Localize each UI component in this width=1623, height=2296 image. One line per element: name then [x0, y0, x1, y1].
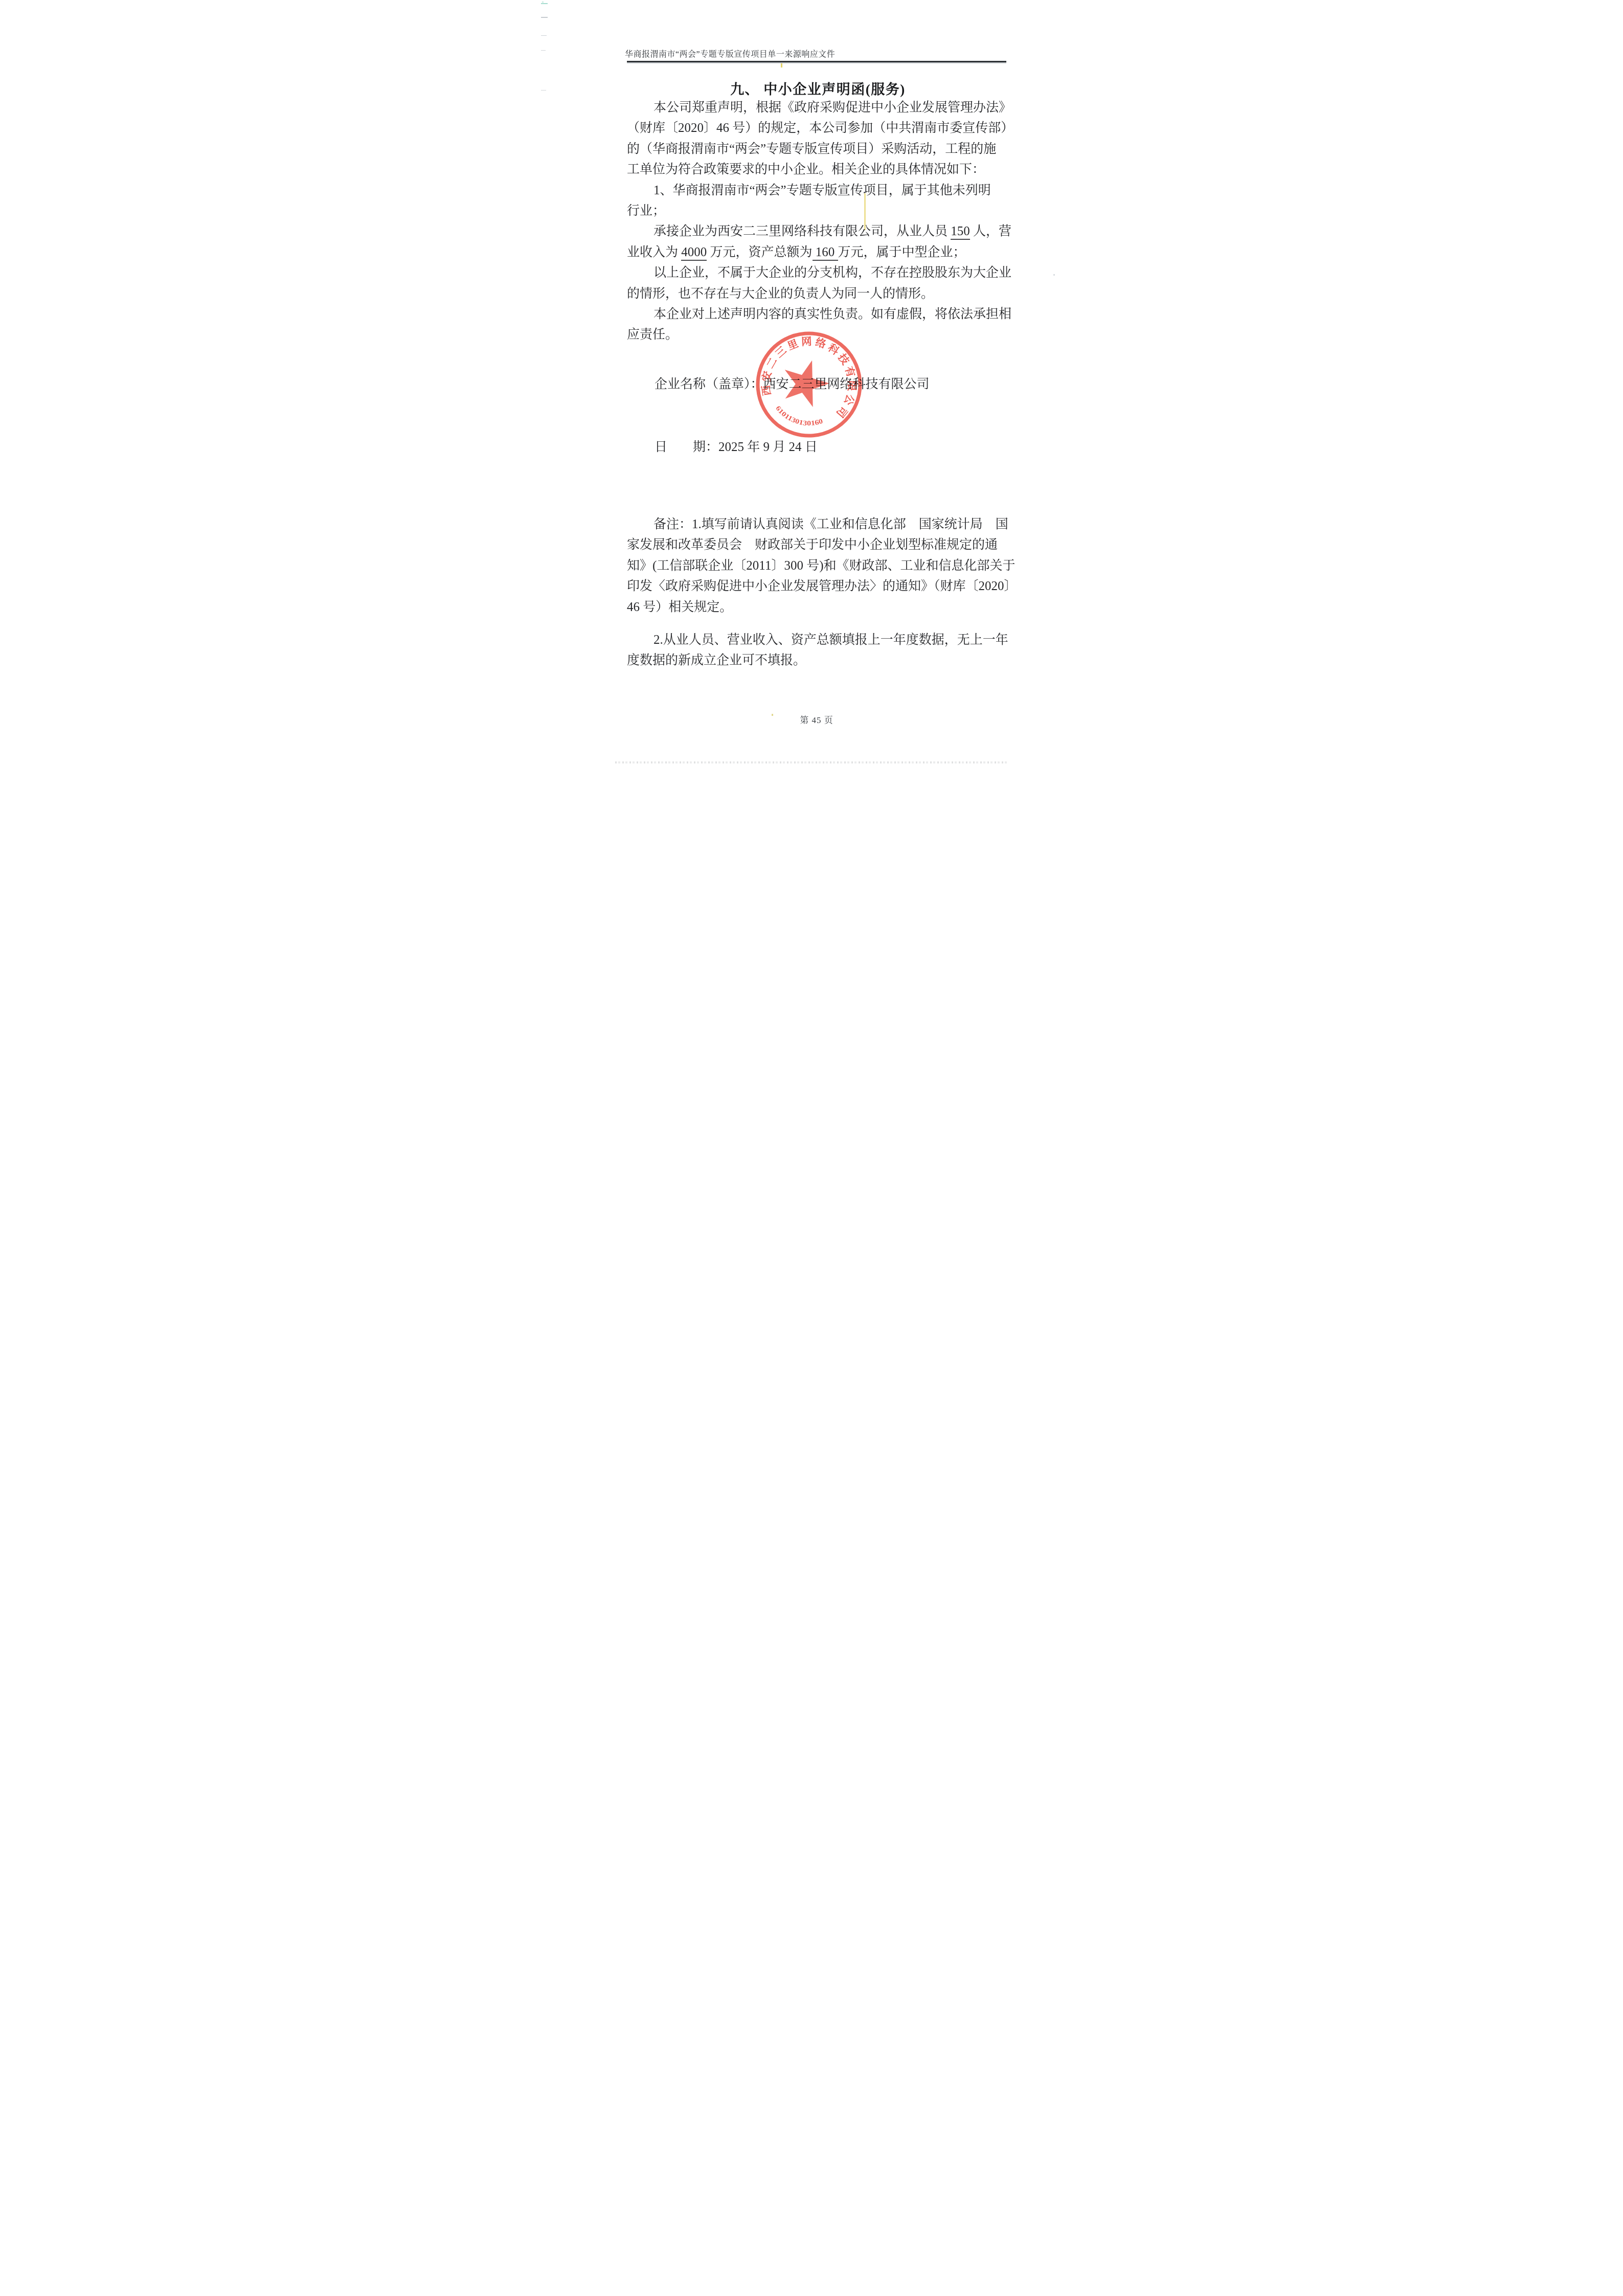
text-segment: 本公司郑重声明，根据《政府采购促进中小企业发展管理办法》	[653, 101, 1011, 115]
text-segment: 承接企业为西安二三里网络科技有限公司，从业人员	[653, 224, 951, 238]
underlined-value: 160	[813, 245, 838, 261]
text-line: 工单位为符合政策要求的中小企业。相关企业的具体情况如下：	[627, 160, 1026, 180]
text-line: 印发〈政府采购促进中小企业发展管理办法〉的通知》（财库〔2020〕	[627, 576, 1026, 597]
text-segment: 应责任。	[627, 328, 678, 342]
text-line: 本公司郑重声明，根据《政府采购促进中小企业发展管理办法》	[627, 98, 1026, 118]
text-segment: 家发展和改革委员会 财政部关于印发中小企业划型标准规定的通	[627, 538, 998, 552]
text-line: 承接企业为西安二三里网络科技有限公司，从业人员 150 人，营	[627, 221, 1026, 242]
text-segment: 工单位为符合政策要求的中小企业。相关企业的具体情况如下：	[627, 163, 985, 176]
text-segment: 万元，资产总额为	[707, 245, 812, 259]
text-line: 行业；	[627, 201, 1026, 221]
text-line: 备注：1.填写前请认真阅读《工业和信息化部 国家统计局 国	[627, 514, 1026, 535]
section-title: 九、 中小企业声明函(服务)	[627, 78, 1009, 98]
text-segment: 备注：1.填写前请认真阅读《工业和信息化部 国家统计局 国	[653, 517, 1008, 531]
scan-artifact-yellow-speck	[781, 63, 782, 67]
scan-artifact-edge-dash	[541, 35, 547, 36]
text-segment: 本企业对上述声明内容的真实性负责。如有虚假，将依法承担相	[653, 307, 1011, 321]
company-seal: 西安二三里网络科技有限公司 6101130130160	[753, 328, 865, 441]
text-segment: 人，营	[970, 224, 1011, 238]
scan-artifact-speck	[1053, 274, 1055, 276]
notes-block-2: 2.从业人员、营业收入、资产总额填报上一年度数据，无上一年度数据的新成立企业可不…	[627, 630, 1026, 671]
text-line: 的情形，也不存在与大企业的负责人为同一人的情形。	[627, 284, 1026, 304]
underlined-value: 4000	[681, 245, 707, 261]
declaration-body: 本公司郑重声明，根据《政府采购促进中小企业发展管理办法》（财库〔2020〕46 …	[627, 98, 1026, 346]
scan-artifact-bottom-noise	[615, 761, 1009, 763]
text-segment: 度数据的新成立企业可不填报。	[627, 654, 806, 667]
seal-star	[777, 353, 835, 410]
text-segment: 2.从业人员、营业收入、资产总额填报上一年度数据，无上一年	[653, 633, 1008, 647]
text-segment: 46 号）相关规定。	[627, 600, 732, 614]
text-line: 46 号）相关规定。	[627, 597, 1026, 618]
scan-artifact-edge-dash	[541, 90, 546, 91]
text-line: 家发展和改革委员会 财政部关于印发中小企业划型标准规定的通	[627, 535, 1026, 555]
document-header: 华商报渭南市“两会”专题专版宣传项目单一来源响应文件	[625, 49, 835, 60]
text-segment: 1、华商报渭南市“两会”专题专版宣传项目，属于其他未列明	[653, 184, 991, 197]
underlined-value: 150	[951, 224, 970, 240]
text-segment: （财库〔2020〕46 号）的规定，本公司参加（中共渭南市委宣传部）	[627, 121, 1013, 135]
text-line: 业收入为 4000 万元，资产总额为 160 万元，属于中型企业；	[627, 242, 1026, 263]
text-segment: 的（华商报渭南市“两会”专题专版宣传项目）采购活动，工程的施	[627, 142, 996, 156]
text-line: 以上企业，不属于大企业的分支机构，不存在控股股东为大企业	[627, 263, 1026, 283]
text-line: 1、华商报渭南市“两会”专题专版宣传项目，属于其他未列明	[627, 181, 1026, 201]
scanned-document-page: 华商报渭南市“两会”专题专版宣传项目单一来源响应文件 九、 中小企业声明函(服务…	[541, 0, 1082, 766]
text-segment: 印发〈政府采购促进中小企业发展管理办法〉的通知》（财库〔2020〕	[627, 579, 1017, 593]
scan-artifact-teal-dot	[542, 2, 544, 3]
page-number: 第 45 页	[627, 713, 1006, 726]
text-segment: 业收入为	[627, 245, 681, 259]
text-segment: 的情形，也不存在与大企业的负责人为同一人的情形。	[627, 287, 934, 301]
text-segment: 万元，属于中型企业；	[838, 245, 966, 259]
text-line: 知》(工信部联企业〔2011〕300 号)和《财政部、工业和信息化部关于	[627, 556, 1026, 576]
text-line: 的（华商报渭南市“两会”专题专版宣传项目）采购活动，工程的施	[627, 139, 1026, 160]
notes-block-1: 备注：1.填写前请认真阅读《工业和信息化部 国家统计局 国家发展和改革委员会 财…	[627, 514, 1026, 618]
scan-artifact-teal-line	[541, 3, 548, 4]
text-segment: 行业；	[627, 204, 665, 218]
header-rule	[627, 61, 1006, 62]
text-line: 本企业对上述声明内容的真实性负责。如有虚假，将依法承担相	[627, 304, 1026, 325]
scan-artifact-edge-dash	[541, 50, 546, 51]
scan-artifact-edge-dash	[541, 17, 548, 18]
text-segment: 知》(工信部联企业〔2011〕300 号)和《财政部、工业和信息化部关于	[627, 559, 1015, 573]
text-segment: 以上企业，不属于大企业的分支机构，不存在控股股东为大企业	[653, 266, 1011, 280]
text-line: （财库〔2020〕46 号）的规定，本公司参加（中共渭南市委宣传部）	[627, 118, 1026, 139]
text-line: 度数据的新成立企业可不填报。	[627, 650, 1026, 671]
text-line: 2.从业人员、营业收入、资产总额填报上一年度数据，无上一年	[627, 630, 1026, 650]
